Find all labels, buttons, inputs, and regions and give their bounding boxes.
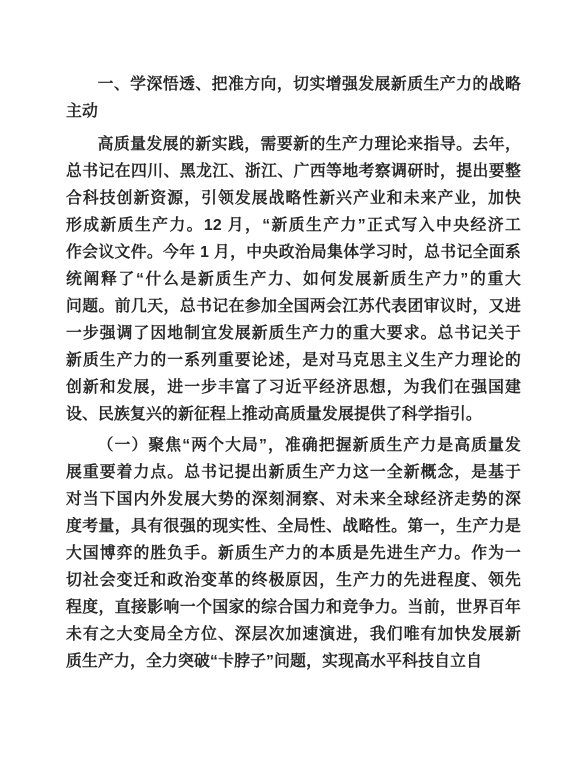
text-line: 一步强调了因地制宜发展新质生产力的重大要求。总书记关于: [66, 320, 521, 347]
text-line: 质生产力，全力突破“卡脖子”问题，实现高水平科技自立自: [66, 648, 521, 675]
body-paragraph: 高质量发展的新实践，需要新的生产力理论来指导。去年， 总书记在四川、黑龙江、浙江…: [66, 131, 521, 428]
text-line: 度考量，具有很强的现实性、全局性、战略性。第一，生产力是: [66, 513, 521, 540]
heading-line: 一、学深悟透、把准方向，切实增强发展新质生产力的战略: [66, 71, 521, 98]
text-line: 创新和发展，进一步丰富了习近平经济思想，为我们在强国建: [66, 374, 521, 401]
document-page: 一、学深悟透、把准方向，切实增强发展新质生产力的战略 主动 高质量发展的新实践，…: [0, 0, 586, 759]
body-paragraph: （一）聚焦“两个大局”，准确把握新质生产力是高质量发 展重要着力点。总书记提出新…: [66, 432, 521, 675]
heading-line: 主动: [66, 98, 521, 125]
text-line: 作会议文件。今年 1 月，中央政治局集体学习时，总书记全面系: [66, 239, 521, 266]
text-line: 高质量发展的新实践，需要新的生产力理论来指导。去年，: [66, 131, 521, 158]
text-line: 程度，直接影响一个国家的综合国力和竞争力。当前，世界百年: [66, 594, 521, 621]
text-line: 设、民族复兴的新征程上推动高质量发展提供了科学指引。: [66, 401, 521, 428]
text-line: 合科技创新资源，引领发展战略性新兴产业和未来产业，加快: [66, 185, 521, 212]
text-line: （一）聚焦“两个大局”，准确把握新质生产力是高质量发: [66, 432, 521, 459]
text-line: 未有之大变局全方位、深层次加速演进，我们唯有加快发展新: [66, 621, 521, 648]
text-line: 形成新质生产力。12 月，“新质生产力”正式写入中央经济工: [66, 212, 521, 239]
text-line: 统阐释了“什么是新质生产力、如何发展新质生产力”的重大: [66, 266, 521, 293]
text-line: 新质生产力的一系列重要论述，是对马克思主义生产力理论的: [66, 347, 521, 374]
text-line: 切社会变迁和政治变革的终极原因，生产力的先进程度、领先: [66, 567, 521, 594]
text-line: 大国博弈的胜负手。新质生产力的本质是先进生产力。作为一: [66, 540, 521, 567]
section-heading: 一、学深悟透、把准方向，切实增强发展新质生产力的战略 主动: [66, 71, 521, 125]
text-line: 对当下国内外发展大势的深刻洞察、对未来全球经济走势的深: [66, 486, 521, 513]
text-line: 展重要着力点。总书记提出新质生产力这一全新概念，是基于: [66, 459, 521, 486]
text-line: 问题。前几天，总书记在参加全国两会江苏代表团审议时，又进: [66, 293, 521, 320]
text-line: 总书记在四川、黑龙江、浙江、广西等地考察调研时，提出要整: [66, 158, 521, 185]
